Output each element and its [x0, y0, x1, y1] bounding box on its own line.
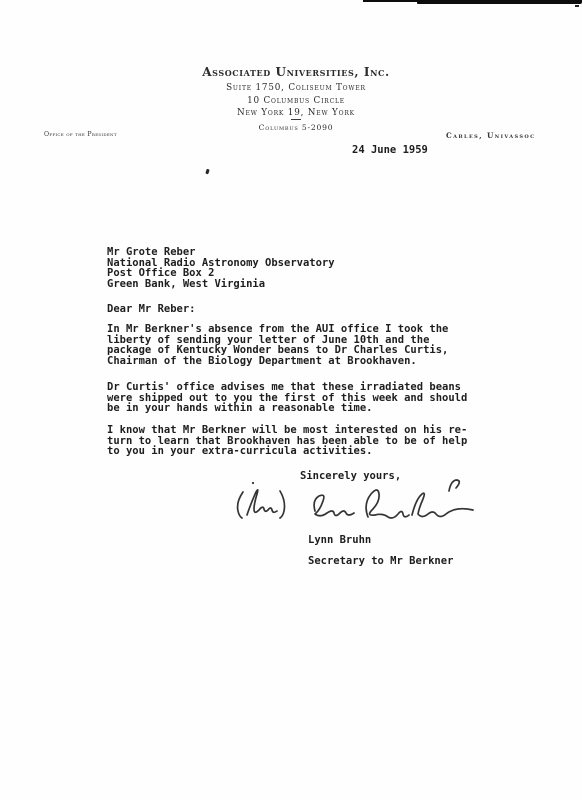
ink-speck: [205, 169, 209, 175]
salutation: Dear Mr Reber:: [107, 304, 196, 315]
letterhead-address-line2: 10 Columbus Circle: [10, 96, 582, 106]
letterhead-divider: [291, 119, 301, 120]
body-paragraph-3: I know that Mr Berkner will be most inte…: [107, 425, 467, 457]
body-paragraph-2: Dr Curtis' office advises me that these …: [107, 382, 467, 414]
date-line: 24 June 1959: [352, 145, 428, 156]
signature-scrawl-svg: [230, 470, 475, 530]
typed-signature-block: Lynn Bruhn Secretary to Mr Berkner: [308, 524, 453, 578]
office-of-president-label: Office of the President: [44, 131, 117, 138]
signature-bruhn-tail: [412, 493, 473, 516]
signature-miss-scrawl: [247, 490, 277, 515]
letterhead-address-line1: Suite 1750, Coliseum Tower: [10, 83, 582, 93]
handwritten-signature: [230, 470, 475, 530]
signature-bruhn-start: [366, 490, 409, 518]
cables-address-label: Cables, Univassoc: [446, 131, 536, 140]
recipient-address-block: Mr Grote Reber National Radio Astronomy …: [107, 247, 335, 290]
scan-artifact-bar-thick: [417, 0, 582, 4]
signature-paren-close: [280, 491, 285, 518]
signature-flourish: [449, 480, 459, 491]
typed-name: Lynn Bruhn: [308, 535, 453, 546]
scanned-letter-page: Associated Universities, Inc. Suite 1750…: [0, 0, 582, 800]
signature-lynn-scrawl: [314, 495, 354, 516]
scan-artifact-dot: [575, 5, 579, 7]
letterhead-address-line3: New York 19, New York: [10, 108, 582, 118]
typed-title: Secretary to Mr Berkner: [308, 556, 453, 567]
signature-i-dot: [252, 482, 254, 484]
letterhead-org-name: Associated Universities, Inc.: [10, 65, 582, 79]
signature-paren-open: [238, 492, 243, 518]
body-paragraph-1: In Mr Berkner's absence from the AUI off…: [107, 324, 448, 367]
